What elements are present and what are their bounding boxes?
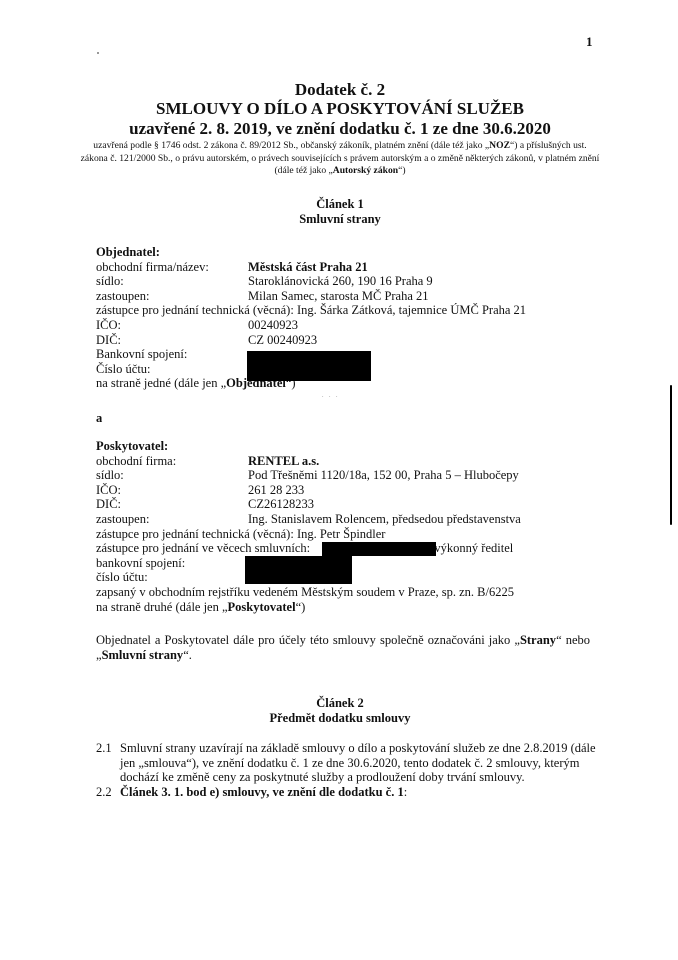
poskytovatel-tech-rep: zástupce pro jednání technická (věcná): …	[96, 527, 521, 542]
margin-mark-line	[670, 385, 672, 525]
title-dates: uzavřené 2. 8. 2019, ve znění dodatku č.…	[80, 119, 600, 139]
scan-specks: . . .	[322, 393, 340, 399]
article-2-number: Článek 2	[80, 696, 600, 711]
objednatel-row: IČO:00240923	[96, 318, 526, 333]
poskytovatel-contract-rep: zástupce pro jednání ve věcech smluvních…	[96, 541, 521, 556]
article-2-items: 2.1 Smluvní strany uzavírají na základě …	[96, 741, 596, 799]
redaction-bank-details-poskytovatel	[245, 556, 352, 584]
parties-definition-paragraph: Objednatel a Poskytovatel dále pro účely…	[96, 633, 590, 663]
article-2-heading: Článek 2 Předmět dodatku smlouvy	[80, 696, 600, 726]
poskytovatel-row: IČO:261 28 233	[96, 483, 521, 498]
title-addendum: Dodatek č. 2	[80, 80, 600, 99]
objednatel-row: obchodní firma/název:Městská část Praha …	[96, 260, 526, 275]
poskytovatel-row: sídlo:Pod Třešněmi 1120/18a, 152 00, Pra…	[96, 468, 521, 483]
poskytovatel-row: zastoupen:Ing. Stanislavem Rolencem, pře…	[96, 512, 521, 527]
article-2-title: Předmět dodatku smlouvy	[80, 711, 600, 726]
poskytovatel-registry: zapsaný v obchodním rejstříku vedeném Mě…	[96, 585, 521, 600]
conjunction-a: a	[96, 411, 102, 426]
title-legal-basis: uzavřená podle § 1746 odst. 2 zákona č. …	[80, 140, 600, 178]
title-contract: SMLOUVY O DÍLO A POSKYTOVÁNÍ SLUŽEB	[80, 99, 600, 119]
article-2-item: 2.2 Článek 3. 1. bod e) smlouvy, ve zněn…	[96, 785, 596, 800]
poskytovatel-closing: na straně druhé (dále jen „Poskytovatel“…	[96, 600, 521, 615]
poskytovatel-row: DIČ:CZ26128233	[96, 497, 521, 512]
page-number: 1	[586, 34, 593, 50]
article-1-title: Smluvní strany	[80, 212, 600, 227]
article-1-heading: Článek 1 Smluvní strany	[80, 197, 600, 227]
objednatel-row: DIČ:CZ 00240923	[96, 333, 526, 348]
redaction-bank-details-objednatel	[247, 351, 371, 381]
poskytovatel-row: obchodní firma:RENTEL a.s.	[96, 454, 521, 469]
objednatel-row: zastoupen:Milan Samec, starosta MČ Praha…	[96, 289, 526, 304]
document-title-block: Dodatek č. 2 SMLOUVY O DÍLO A POSKYTOVÁN…	[80, 80, 600, 178]
objednatel-row: sídlo:Staroklánovická 260, 190 16 Praha …	[96, 274, 526, 289]
poskytovatel-heading: Poskytovatel:	[96, 439, 521, 454]
scan-speck	[97, 52, 99, 54]
article-2-item: 2.1 Smluvní strany uzavírají na základě …	[96, 741, 596, 785]
article-1-number: Článek 1	[80, 197, 600, 212]
objednatel-tech-rep: zástupce pro jednání technická (věcná): …	[96, 303, 526, 318]
objednatel-heading: Objednatel:	[96, 245, 526, 260]
poskytovatel-block: Poskytovatel: obchodní firma:RENTEL a.s.…	[96, 439, 521, 614]
redaction-contract-representative	[322, 542, 436, 556]
